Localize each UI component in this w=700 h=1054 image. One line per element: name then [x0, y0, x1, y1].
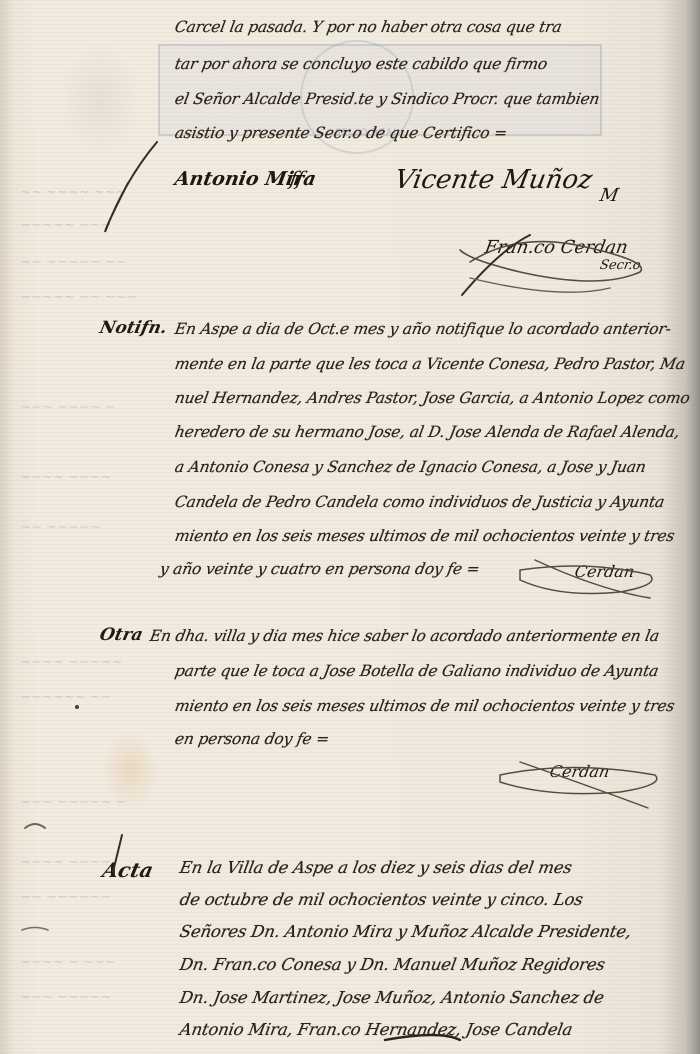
- pen-flourishes: [0, 0, 700, 1054]
